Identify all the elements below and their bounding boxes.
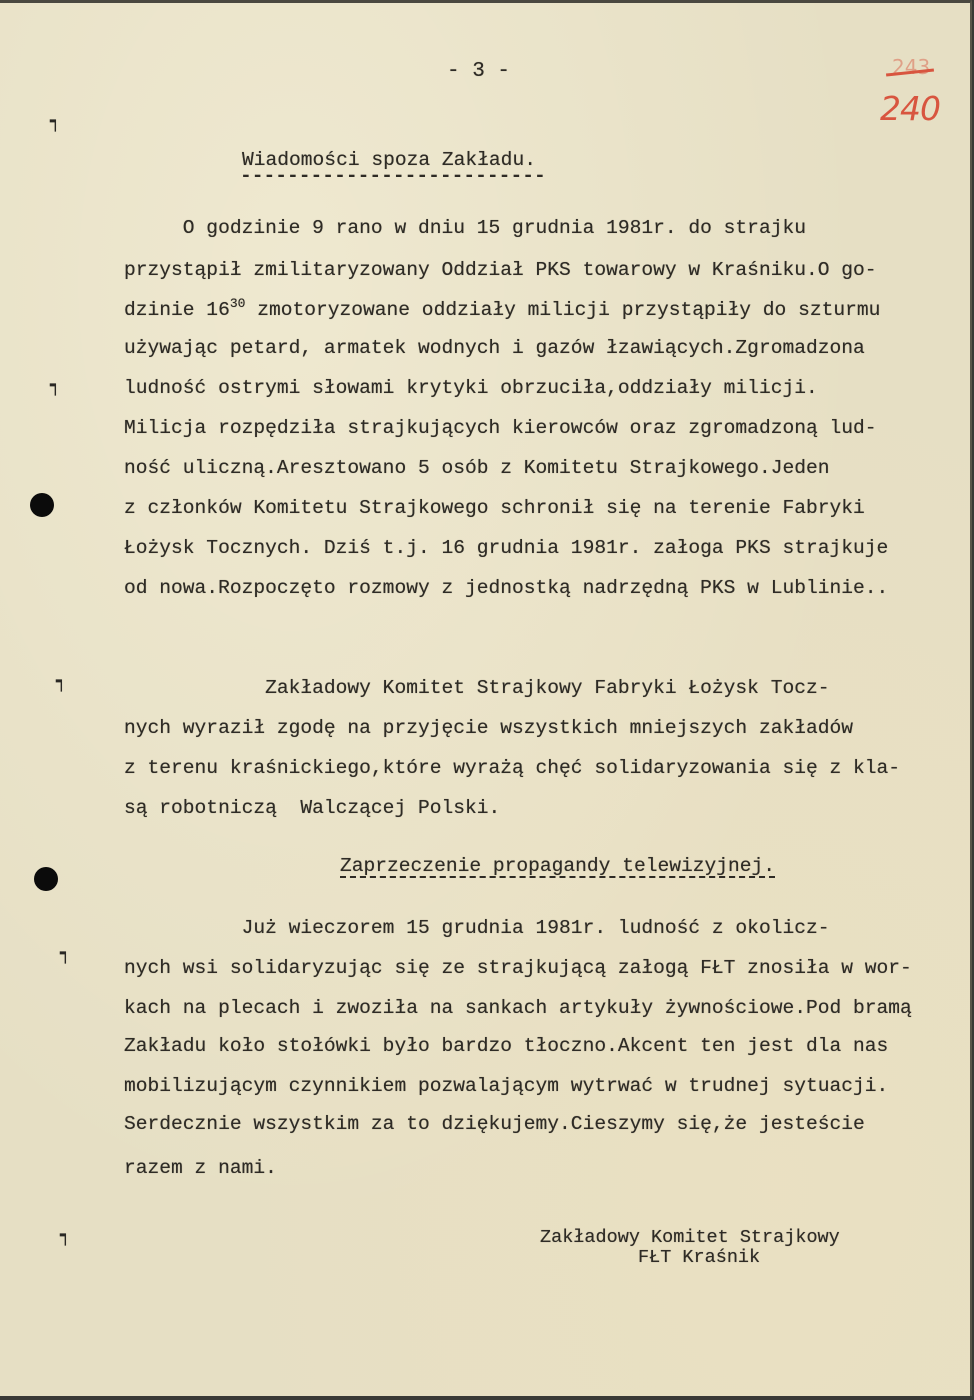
section1-line-2: przystąpił zmilitaryzowany Oddział PKS t… — [124, 259, 877, 281]
document-page: ┑ ┑ ┑ ┑ ┑ - 3 - 243 240 Wiadomości spoza… — [0, 0, 972, 1396]
section3-line-1: Już wieczorem 15 grudnia 1981r. ludność … — [124, 917, 830, 939]
section3-line-4: Zakładu koło stołówki było bardzo tłoczn… — [124, 1035, 888, 1057]
section1-line-7: ność uliczną.Aresztowano 5 osób z Komite… — [124, 457, 830, 479]
margin-mark-icon: ┑ — [50, 111, 61, 132]
section1-line-9: Łożysk Tocznych. Dziś t.j. 16 grudnia 19… — [124, 537, 888, 559]
section3-line-6: Serdecznie wszystkim za to dziękujemy.Ci… — [124, 1113, 865, 1135]
section1-line-10: od nowa.Rozpoczęto rozmowy z jednostką n… — [124, 577, 888, 599]
folio-new: 240 — [880, 89, 940, 128]
time-superscript: 30 — [230, 296, 246, 311]
punch-hole-top — [30, 493, 54, 517]
section1-line-3: dzinie 1630 zmotoryzowane oddziały milic… — [124, 299, 880, 321]
section2-line-4: są robotniczą Walczącej Polski. — [124, 797, 500, 819]
punch-hole-bottom — [34, 867, 58, 891]
section3-line-7: razem z nami. — [124, 1157, 277, 1179]
section1-line-8: z członków Komitetu Strajkowego schronił… — [124, 497, 865, 519]
section1-line-1: O godzinie 9 rano w dniu 15 grudnia 1981… — [124, 217, 806, 239]
section2-line-1: Zakładowy Komitet Strajkowy Fabryki Łoży… — [124, 677, 830, 699]
margin-mark-icon: ┑ — [50, 375, 61, 396]
signature-line-2: FŁT Kraśnik — [638, 1247, 760, 1269]
margin-mark-icon: ┑ — [60, 1225, 71, 1246]
folio-old: 243 — [892, 55, 930, 79]
margin-mark-icon: ┑ — [60, 943, 71, 964]
section3-line-3: kach na plecach i zwoziła na sankach art… — [124, 997, 912, 1019]
section1-line-5: ludność ostrymi słowami krytyki obrzucił… — [124, 377, 818, 399]
section1-line-4: używając petard, armatek wodnych i gazów… — [124, 337, 865, 359]
section1-line-3-rest: zmotoryzowane oddziały milicji przystąpi… — [245, 299, 880, 321]
section2-line-2: nych wyraził zgodę na przyjęcie wszystki… — [124, 717, 853, 739]
section3-heading: Zaprzeczenie propagandy telewizyjnej. — [340, 855, 775, 877]
section1-line-6: Milicja rozpędziła strajkujących kierowc… — [124, 417, 877, 439]
margin-mark-icon: ┑ — [56, 671, 67, 692]
section3-line-5: mobilizującym czynnikiem pozwalającym wy… — [124, 1075, 888, 1097]
signature-line-1: Zakładowy Komitet Strajkowy — [540, 1227, 840, 1249]
section2-line-3: z terenu kraśnickiego,które wyrażą chęć … — [124, 757, 900, 779]
section1-line-3-start: dzinie 16 — [124, 299, 230, 321]
section3-line-2: nych wsi solidaryzując się ze strajkując… — [124, 957, 912, 979]
section1-heading-underline: -------------------------- — [240, 171, 546, 181]
page-number: - 3 - — [447, 61, 510, 83]
